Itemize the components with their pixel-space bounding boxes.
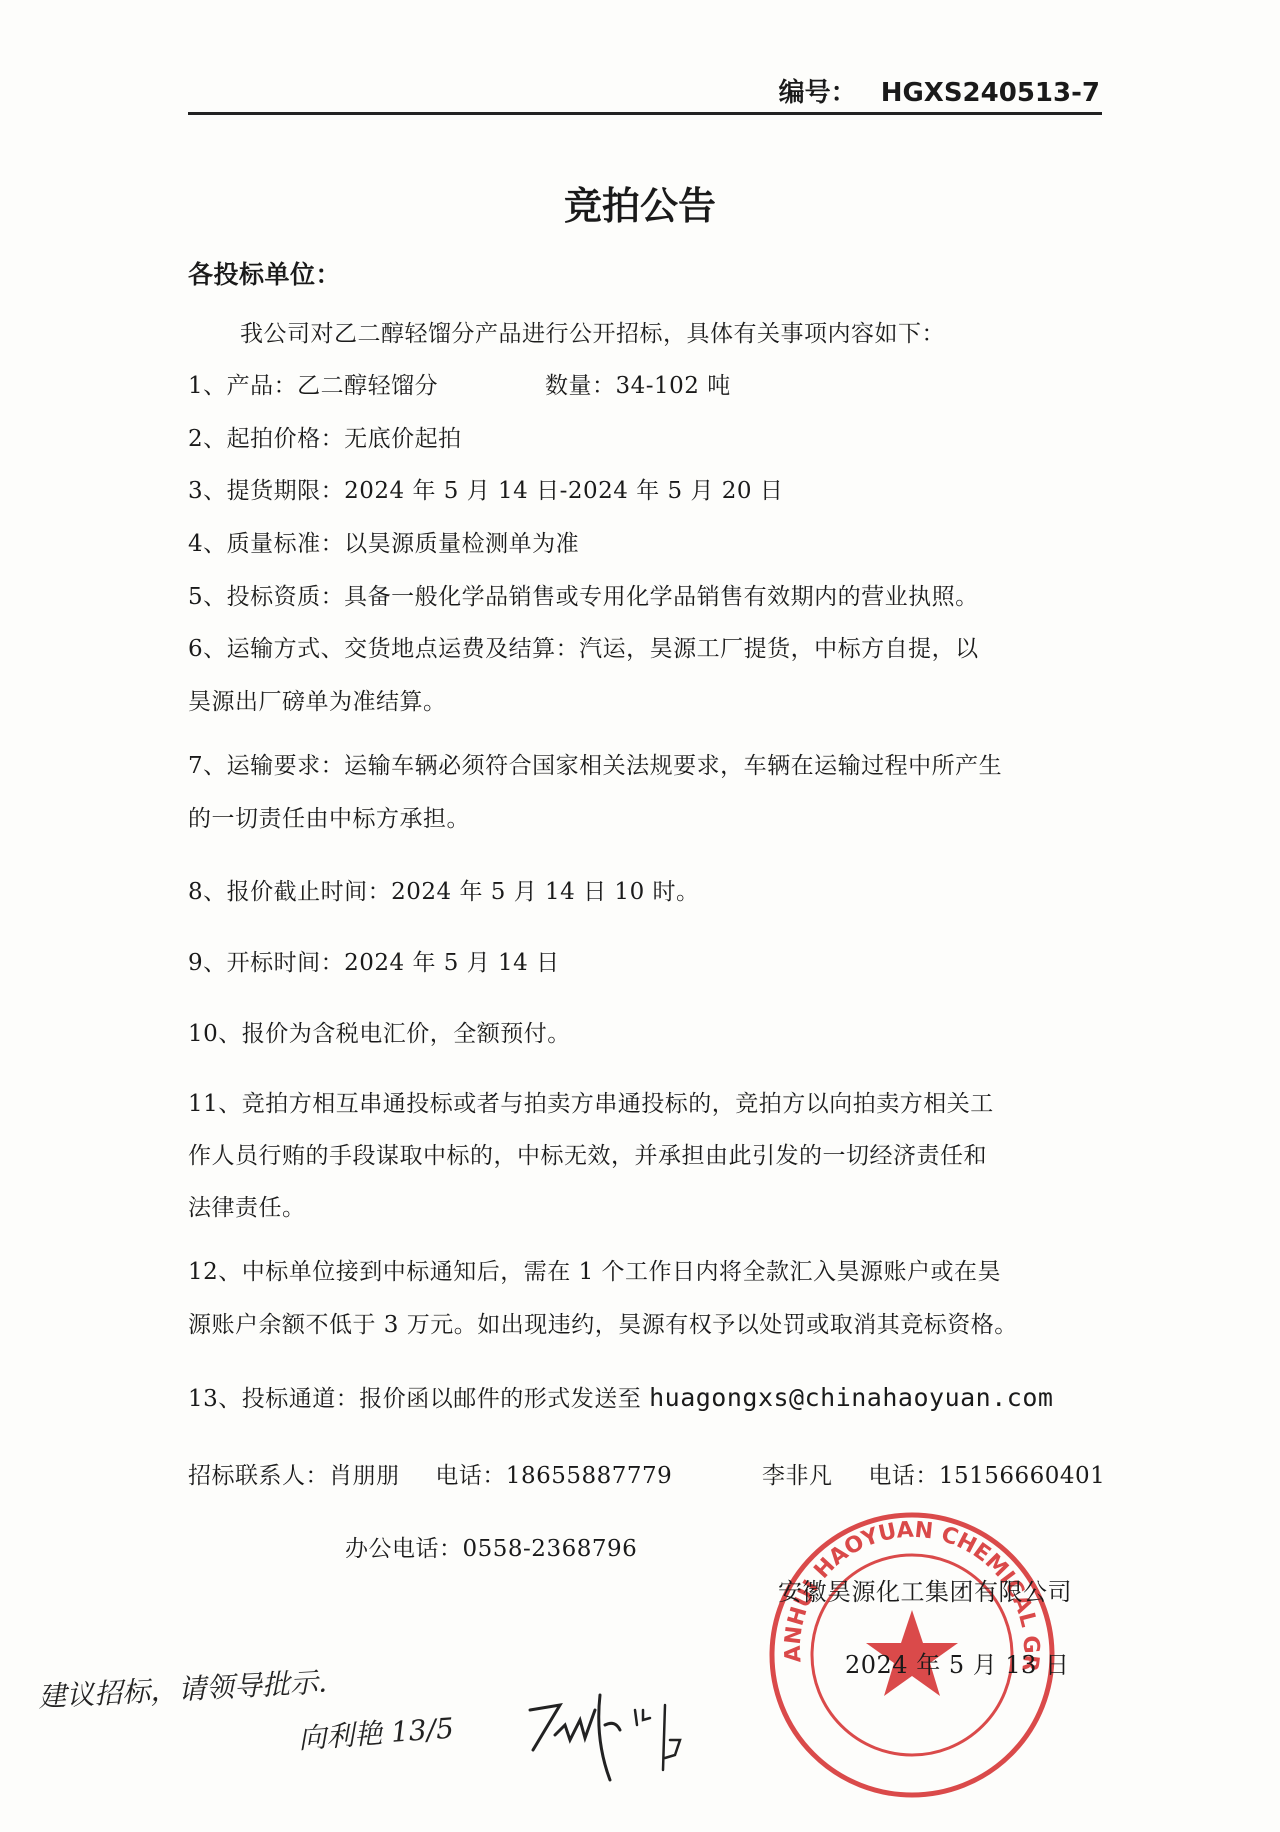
intro-paragraph: 我公司对乙二醇轻馏分产品进行公开招标，具体有关事项内容如下： <box>240 315 945 348</box>
handwritten-note-signer: 向利艳 13/5 <box>297 1707 455 1758</box>
item-13: 13、投标通道：报价函以邮件的形式发送至 huagongxs@chinahaoy… <box>188 1380 1053 1413</box>
document-number: 编号：HGXS240513-7 <box>779 72 1100 109</box>
item-11-line-2: 作人员行贿的手段谋取中标的，中标无效，并承担由此引发的一切经济责任和 <box>188 1137 987 1170</box>
office-phone: 0558-2368796 <box>463 1536 638 1562</box>
handwritten-note: 建议招标，请领导批示. <box>37 1660 328 1715</box>
item-7-line-1: 7、运输要求：运输车辆必须符合国家相关法规要求，车辆在运输过程中所产生 <box>188 747 1002 780</box>
office-phone-label: 办公电话： <box>345 1536 463 1562</box>
item-13-text: 13、投标通道：报价函以邮件的形式发送至 <box>188 1386 641 1412</box>
contact-person-2: 李非凡 <box>762 1463 833 1489</box>
contact-phone-2: 15156660401 <box>939 1463 1105 1489</box>
item-12-line-1: 12、中标单位接到中标通知后，需在 1 个工作日内将全款汇入昊源账户或在昊 <box>188 1253 1001 1286</box>
item-12-line-2: 源账户余额不低于 3 万元。如出现违约，昊源有权予以处罚或取消其竞标资格。 <box>188 1306 1018 1339</box>
item-5: 5、投标资质：具备一般化学品销售或专用化学品销售有效期内的营业执照。 <box>188 578 979 611</box>
contact-line: 招标联系人：肖朋朋 电话：18655887779 <box>188 1457 672 1490</box>
company-name: 安徽昊源化工集团有限公司 <box>778 1572 1072 1607</box>
contact-label: 招标联系人： <box>188 1463 329 1489</box>
document-number-label: 编号： <box>779 78 857 108</box>
item-6-line-1: 6、运输方式、交货地点运费及结算：汽运，昊源工厂提货，中标方自提，以 <box>188 630 979 663</box>
office-phone-line: 办公电话：0558-2368796 <box>345 1530 637 1563</box>
item-10: 10、报价为含税电汇价，全额预付。 <box>188 1015 571 1048</box>
page-title: 竞拍公告 <box>0 175 1280 230</box>
item-4: 4、质量标准：以昊源质量检测单为准 <box>188 525 579 558</box>
item-11-line-3: 法律责任。 <box>188 1189 306 1222</box>
header-rule <box>188 112 1102 115</box>
item-6-line-2: 昊源出厂磅单为准结算。 <box>188 683 447 716</box>
contact-phone-1-label: 电话： <box>435 1463 506 1489</box>
item-2: 2、起拍价格：无底价起拍 <box>188 420 462 453</box>
item-7-line-2: 的一切责任由中标方承担。 <box>188 800 470 833</box>
item-8: 8、报价截止时间：2024 年 5 月 14 日 10 时。 <box>188 873 700 906</box>
salutation: 各投标单位： <box>188 255 341 291</box>
item-3: 3、提货期限：2024 年 5 月 14 日-2024 年 5 月 20 日 <box>188 472 783 505</box>
item-9: 9、开标时间：2024 年 5 月 14 日 <box>188 944 560 977</box>
contact-person-1: 肖朋朋 <box>329 1463 400 1489</box>
item-1-quantity: 数量：34-102 吨 <box>545 367 731 400</box>
item-11-line-1: 11、竞拍方相互串通投标或者与拍卖方串通投标的，竞拍方以向拍卖方相关工 <box>188 1085 994 1118</box>
document-number-value: HGXS240513-7 <box>881 78 1100 108</box>
contact-phone-2-label: 电话： <box>868 1463 939 1489</box>
bid-email-link[interactable]: huagongxs@chinahaoyuan.com <box>649 1383 1053 1412</box>
contact-phone-1: 18655887779 <box>506 1463 672 1489</box>
signature-date: 2024 年 5 月 13 日 <box>845 1645 1070 1680</box>
item-1-product: 1、产品：乙二醇轻馏分 <box>188 367 438 400</box>
approval-signature-icon <box>525 1680 695 1790</box>
contact-line-2: 李非凡 电话：15156660401 <box>762 1457 1105 1490</box>
